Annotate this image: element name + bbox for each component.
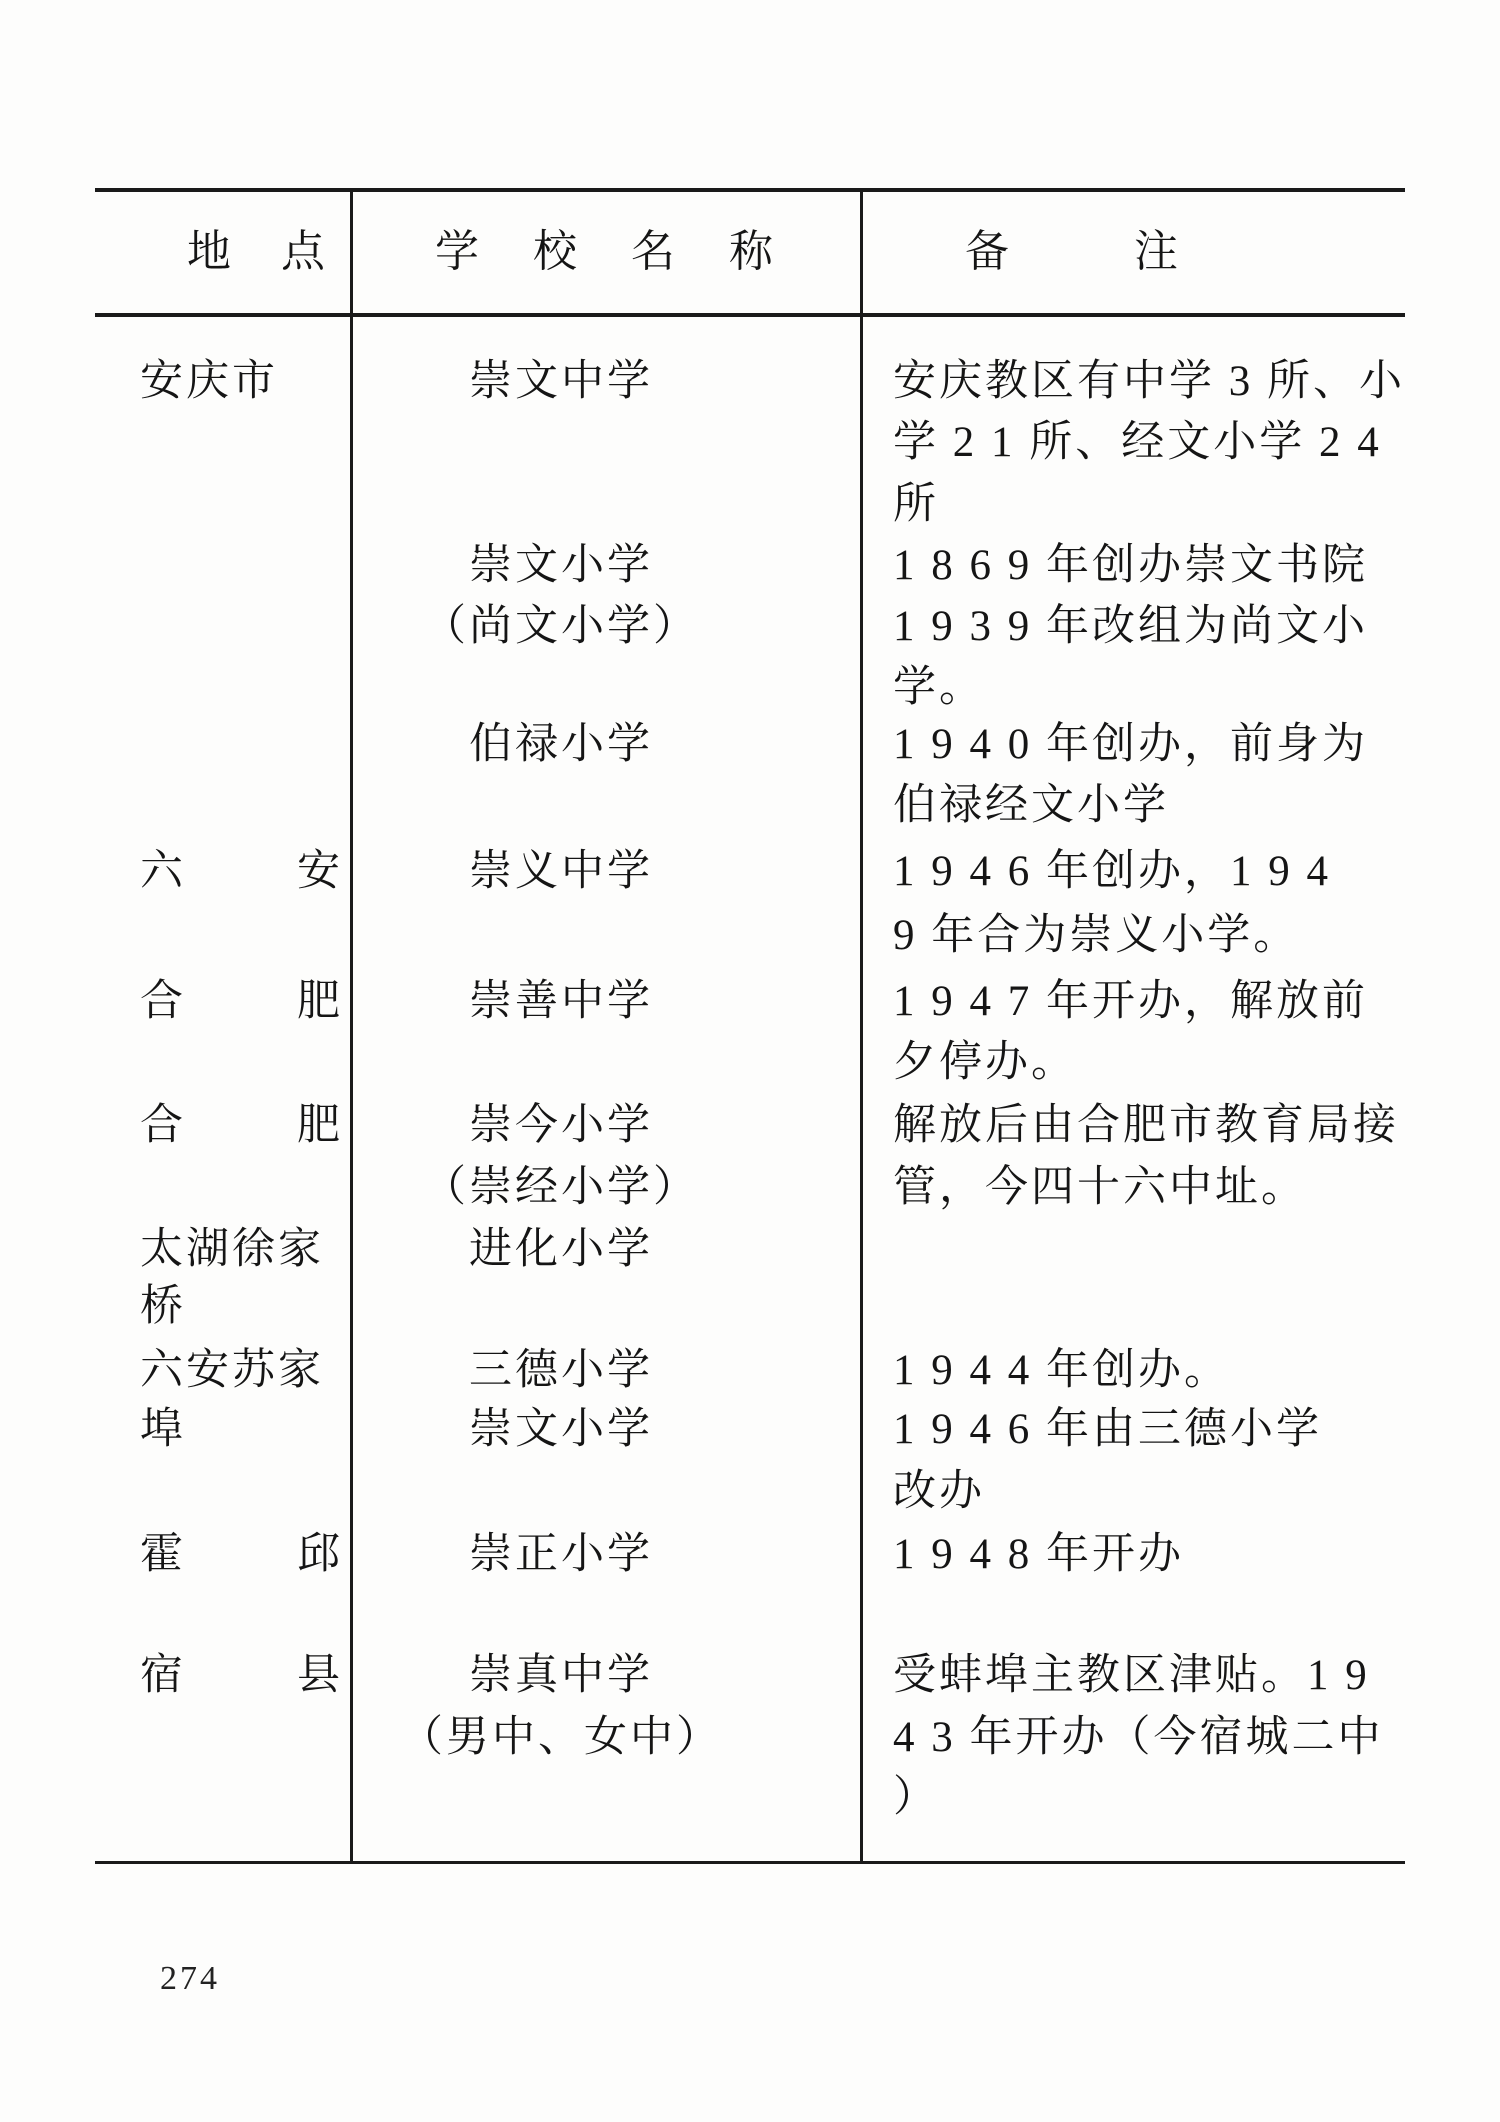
note-cell: 1 9 3 9 年改组为尚文小 <box>893 596 1405 658</box>
table-line: ） <box>95 1767 1405 1829</box>
table-header-separator <box>95 313 1405 317</box>
table-line: 桥 <box>95 1276 1405 1338</box>
table-line: 宿县 崇真中学 受蚌埠主教区津贴。1 9 <box>95 1645 1405 1707</box>
school-cell: 崇今小学 <box>350 1095 772 1157</box>
note-cell: ） <box>893 1767 1405 1829</box>
note-cell: 安庆教区有中学 3 所、小 <box>893 351 1405 413</box>
table-line: 所 <box>95 474 1405 536</box>
school-cell: 伯禄小学 <box>350 714 772 776</box>
table-line: 合肥 崇善中学 1 9 4 7 年开办，解放前 <box>95 971 1405 1033</box>
note-cell: 解放后由合肥市教育局接 <box>893 1095 1405 1157</box>
note-cell: 1 9 4 0 年创办，前身为 <box>893 714 1405 776</box>
note-cell: 所 <box>893 474 1405 536</box>
location-cell: 六安 <box>140 841 340 903</box>
note-cell: 学。 <box>893 657 1405 719</box>
table-line: 伯禄经文小学 <box>95 775 1405 837</box>
table-bottom-border <box>95 1861 1405 1864</box>
note-cell: 学 2 1 所、经文小学 2 4 <box>893 412 1405 474</box>
location-cell: 安庆市 <box>140 351 345 413</box>
school-cell: （尚文小学） <box>350 596 772 658</box>
table-top-border <box>95 188 1405 192</box>
note-cell: 1 9 4 6 年由三德小学 <box>893 1399 1405 1461</box>
school-cell: 崇文小学 <box>350 1399 772 1461</box>
header-location: 地点 <box>187 224 327 280</box>
note-cell: 夕停办。 <box>893 1032 1405 1094</box>
school-cell: （崇经小学） <box>350 1157 772 1219</box>
header-school-name: 学校名称 <box>435 224 775 280</box>
note-cell: 4 3 年开办（今宿城二中 <box>893 1707 1405 1769</box>
note-cell: 9 年合为崇义小学。 <box>893 905 1405 967</box>
table-line: 太湖徐家 进化小学 <box>95 1219 1405 1281</box>
location-cell: 埠 <box>140 1399 345 1461</box>
table-line: （尚文小学） 1 9 3 9 年改组为尚文小 <box>95 596 1405 658</box>
table-line: 夕停办。 <box>95 1032 1405 1094</box>
table-line: 霍邱 崇正小学 1 9 4 8 年开办 <box>95 1524 1405 1586</box>
table-line: 崇文小学 1 8 6 9 年创办崇文书院 <box>95 535 1405 597</box>
note-cell: 1 9 4 6 年创办，1 9 4 <box>893 841 1405 903</box>
location-cell: 霍邱 <box>140 1524 340 1586</box>
document-page: 地点 学校名称 备注 安庆市 崇文中学 安庆教区有中学 3 所、小 学 2 1 … <box>0 0 1500 2122</box>
note-cell: 改办 <box>893 1461 1405 1523</box>
school-cell: 三德小学 <box>350 1340 772 1402</box>
location-cell: 桥 <box>140 1276 345 1338</box>
page-number: 274 <box>160 1960 220 1998</box>
location-cell: 宿县 <box>140 1645 340 1707</box>
table-line: 六安苏家 三德小学 1 9 4 4 年创办。 <box>95 1340 1405 1402</box>
note-cell: 受蚌埠主教区津贴。1 9 <box>893 1645 1405 1707</box>
location-cell: 太湖徐家 <box>140 1219 345 1281</box>
note-cell: 1 9 4 4 年创办。 <box>893 1340 1405 1402</box>
note-cell: 1 9 4 7 年开办，解放前 <box>893 971 1405 1033</box>
school-cell: （男中、女中） <box>350 1707 772 1769</box>
note-cell: 伯禄经文小学 <box>893 775 1405 837</box>
table-line: 改办 <box>95 1461 1405 1523</box>
school-cell: 崇文小学 <box>350 535 772 597</box>
table-line: 埠 崇文小学 1 9 4 6 年由三德小学 <box>95 1399 1405 1461</box>
table-line: 学。 <box>95 657 1405 719</box>
table-line: 伯禄小学 1 9 4 0 年创办，前身为 <box>95 714 1405 776</box>
school-cell: 崇真中学 <box>350 1645 772 1707</box>
table-line: 六安 崇义中学 1 9 4 6 年创办，1 9 4 <box>95 841 1405 903</box>
location-cell: 六安苏家 <box>140 1340 345 1402</box>
note-cell: 管，今四十六中址。 <box>893 1157 1405 1219</box>
note-cell: 1 8 6 9 年创办崇文书院 <box>893 535 1405 597</box>
location-cell: 合肥 <box>140 1095 340 1157</box>
school-cell: 崇文中学 <box>350 351 772 413</box>
table-line: （崇经小学） 管，今四十六中址。 <box>95 1157 1405 1219</box>
location-cell: 合肥 <box>140 971 340 1033</box>
school-cell: 崇义中学 <box>350 841 772 903</box>
table-line: 安庆市 崇文中学 安庆教区有中学 3 所、小 <box>95 351 1405 413</box>
table-line: 合肥 崇今小学 解放后由合肥市教育局接 <box>95 1095 1405 1157</box>
schools-table: 地点 学校名称 备注 安庆市 崇文中学 安庆教区有中学 3 所、小 学 2 1 … <box>95 188 1405 1864</box>
note-cell: 1 9 4 8 年开办 <box>893 1524 1405 1586</box>
table-line: 学 2 1 所、经文小学 2 4 <box>95 412 1405 474</box>
school-cell: 进化小学 <box>350 1219 772 1281</box>
school-cell: 崇正小学 <box>350 1524 772 1586</box>
table-line: （男中、女中） 4 3 年开办（今宿城二中 <box>95 1707 1405 1769</box>
header-notes: 备注 <box>965 224 1180 280</box>
school-cell: 崇善中学 <box>350 971 772 1033</box>
table-line: 9 年合为崇义小学。 <box>95 905 1405 967</box>
